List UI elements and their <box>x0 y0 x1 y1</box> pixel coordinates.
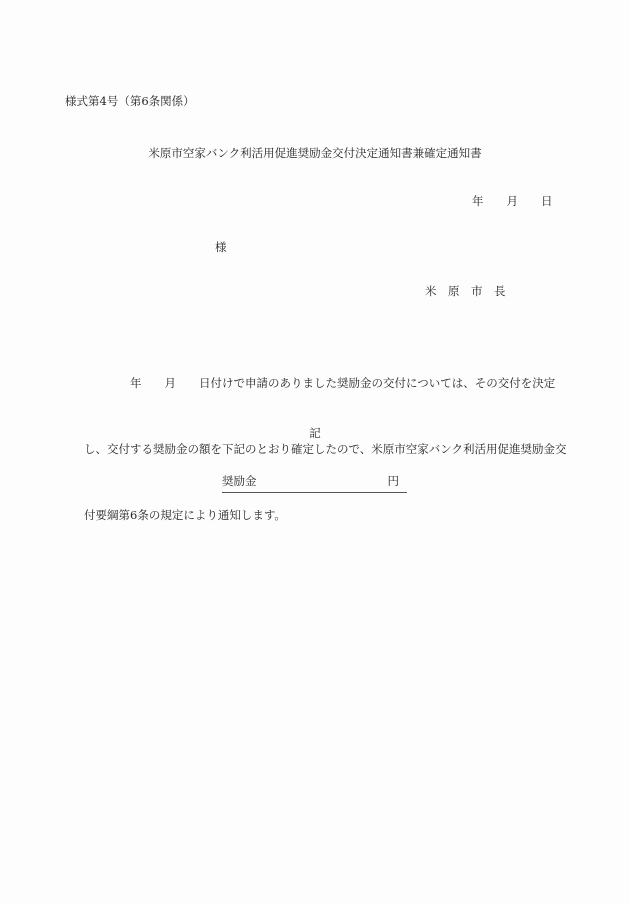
document-title: 米原市空家バンク利活用促進奨励金交付決定通知書兼確定通知書 <box>0 142 630 164</box>
amount-label: 奨励金 <box>222 470 257 492</box>
form-number: 様式第4号（第6条関係） <box>65 90 195 112</box>
body-line: 年 月 日付けで申請のありました奨励金の交付については、その交付を決定 <box>84 372 566 394</box>
date-line: 年 月 日 <box>472 190 553 212</box>
body-paragraph: 年 月 日付けで申請のありました奨励金の交付については、その交付を決定 し、交付… <box>84 328 566 570</box>
addressee-suffix: 様 <box>215 236 227 258</box>
section-marker-ki: 記 <box>0 422 630 444</box>
amount-unit-yen: 円 <box>388 470 400 492</box>
incentive-amount-row: 奨励金 円 <box>222 470 407 493</box>
body-line: 付要綱第6条の規定により通知します。 <box>84 504 566 526</box>
sender-title: 米 原 市 長 <box>425 280 506 302</box>
document-page: 様式第4号（第6条関係） 米原市空家バンク利活用促進奨励金交付決定通知書兼確定通… <box>0 0 630 903</box>
